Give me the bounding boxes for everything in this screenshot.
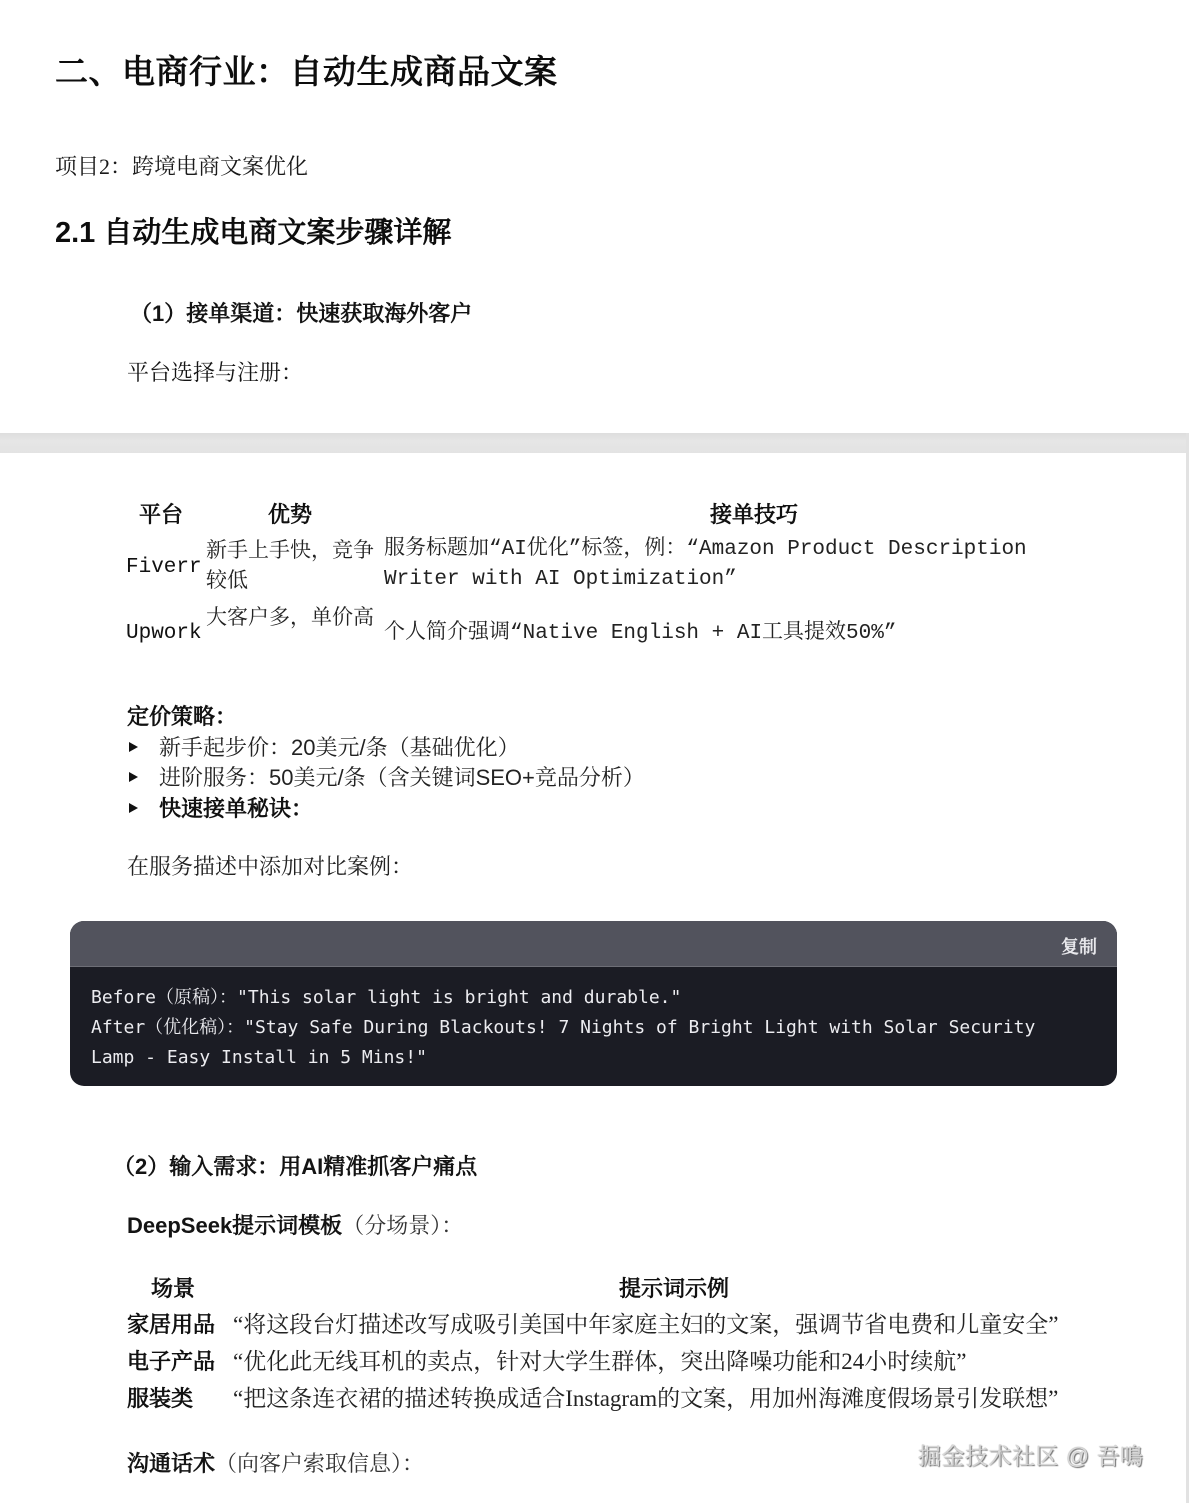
watermark: 掘金技术社区 @ 吾鳴 [918,1438,1144,1471]
code-block-header: 复制 [70,921,1117,967]
subsection-title: 2.1 自动生成电商文案步骤详解 [55,210,451,251]
platform-advantage: 大客户多，单价高 [206,602,378,632]
communication-title: 沟通话术（向客户索取信息）： [127,1447,424,1478]
page-separator [0,433,1186,453]
table-header-tip: 接单技巧 [710,498,798,529]
scene-prompt: “优化此无线耳机的卖点，针对大学生群体，突出降噪功能和24小时续航” [233,1347,966,1377]
platform-name: Fiverr [126,553,202,583]
template-title: DeepSeek提示词模板（分场景）： [127,1209,463,1240]
list-item: 新手起步价：20美元/条（基础优化） [127,731,520,762]
bullet-triangle-icon [129,803,138,813]
communication-title-bold: 沟通话术 [127,1451,215,1476]
compare-label: 在服务描述中添加对比案例： [127,850,413,881]
table-row: 家居用品 “将这段台灯描述改写成吸引美国中年家庭主妇的文案，强调节省电费和儿童安… [127,1310,1058,1340]
scene-prompt: “把这条连衣裙的描述转换成适合Instagram的文案，用加州海滩度假场景引发联… [233,1384,1058,1414]
step1-title: （1）接单渠道：快速获取海外客户 [130,297,472,328]
table-header-prompt: 提示词示例 [619,1272,729,1303]
template-title-bold: DeepSeek提示词模板 [127,1213,342,1238]
project-title: 项目2：跨境电商文案优化 [55,150,308,181]
table-header-advantage: 优势 [268,498,312,529]
table-header-scene: 场景 [151,1272,195,1303]
code-line: Before（原稿）："This solar light is bright a… [91,983,1096,1013]
scene-name: 家居用品 [127,1310,233,1340]
communication-title-rest: （向客户索取信息）： [215,1451,424,1476]
scene-name: 电子产品 [127,1347,233,1377]
platform-tip: 个人简介强调“Native English + AI工具提效50%” [384,619,1094,649]
list-item: 快速接单秘诀： [127,792,313,823]
scene-name: 服装类 [127,1384,233,1414]
bullet-triangle-icon [129,742,138,752]
code-block: 复制 Before（原稿）："This solar light is brigh… [70,921,1117,1086]
table-row: 服装类 “把这条连衣裙的描述转换成适合Instagram的文案，用加州海滩度假场… [127,1384,1058,1414]
step2-title: （2）输入需求：用AI精准抓客户痛点 [113,1150,477,1181]
copy-button[interactable]: 复制 [1061,933,1097,959]
pricing-title: 定价策略： [127,700,237,731]
code-content[interactable]: Before（原稿）："This solar light is bright a… [70,967,1117,1073]
platform-name: Upwork [126,619,202,649]
table-row: 电子产品 “优化此无线耳机的卖点，针对大学生群体，突出降噪功能和24小时续航” [127,1347,966,1377]
platform-label: 平台选择与注册： [127,356,303,387]
bullet-triangle-icon [129,772,138,782]
platform-advantage: 新手上手快，竞争较低 [206,535,378,595]
list-item: 进阶服务：50美元/条（含关键词SEO+竞品分析） [127,761,645,792]
table-header-platform: 平台 [139,498,183,529]
platform-tip: 服务标题加“AI优化”标签，例：“Amazon Product Descript… [384,535,1094,595]
template-title-rest: （分场景）： [342,1213,463,1238]
code-line: Lamp - Easy Install in 5 Mins!" [91,1043,1096,1073]
section-title: 二、电商行业：自动生成商品文案 [55,46,558,93]
scene-prompt: “将这段台灯描述改写成吸引美国中年家庭主妇的文案，强调节省电费和儿童安全” [233,1310,1058,1340]
code-line: After（优化稿）："Stay Safe During Blackouts! … [91,1013,1096,1043]
